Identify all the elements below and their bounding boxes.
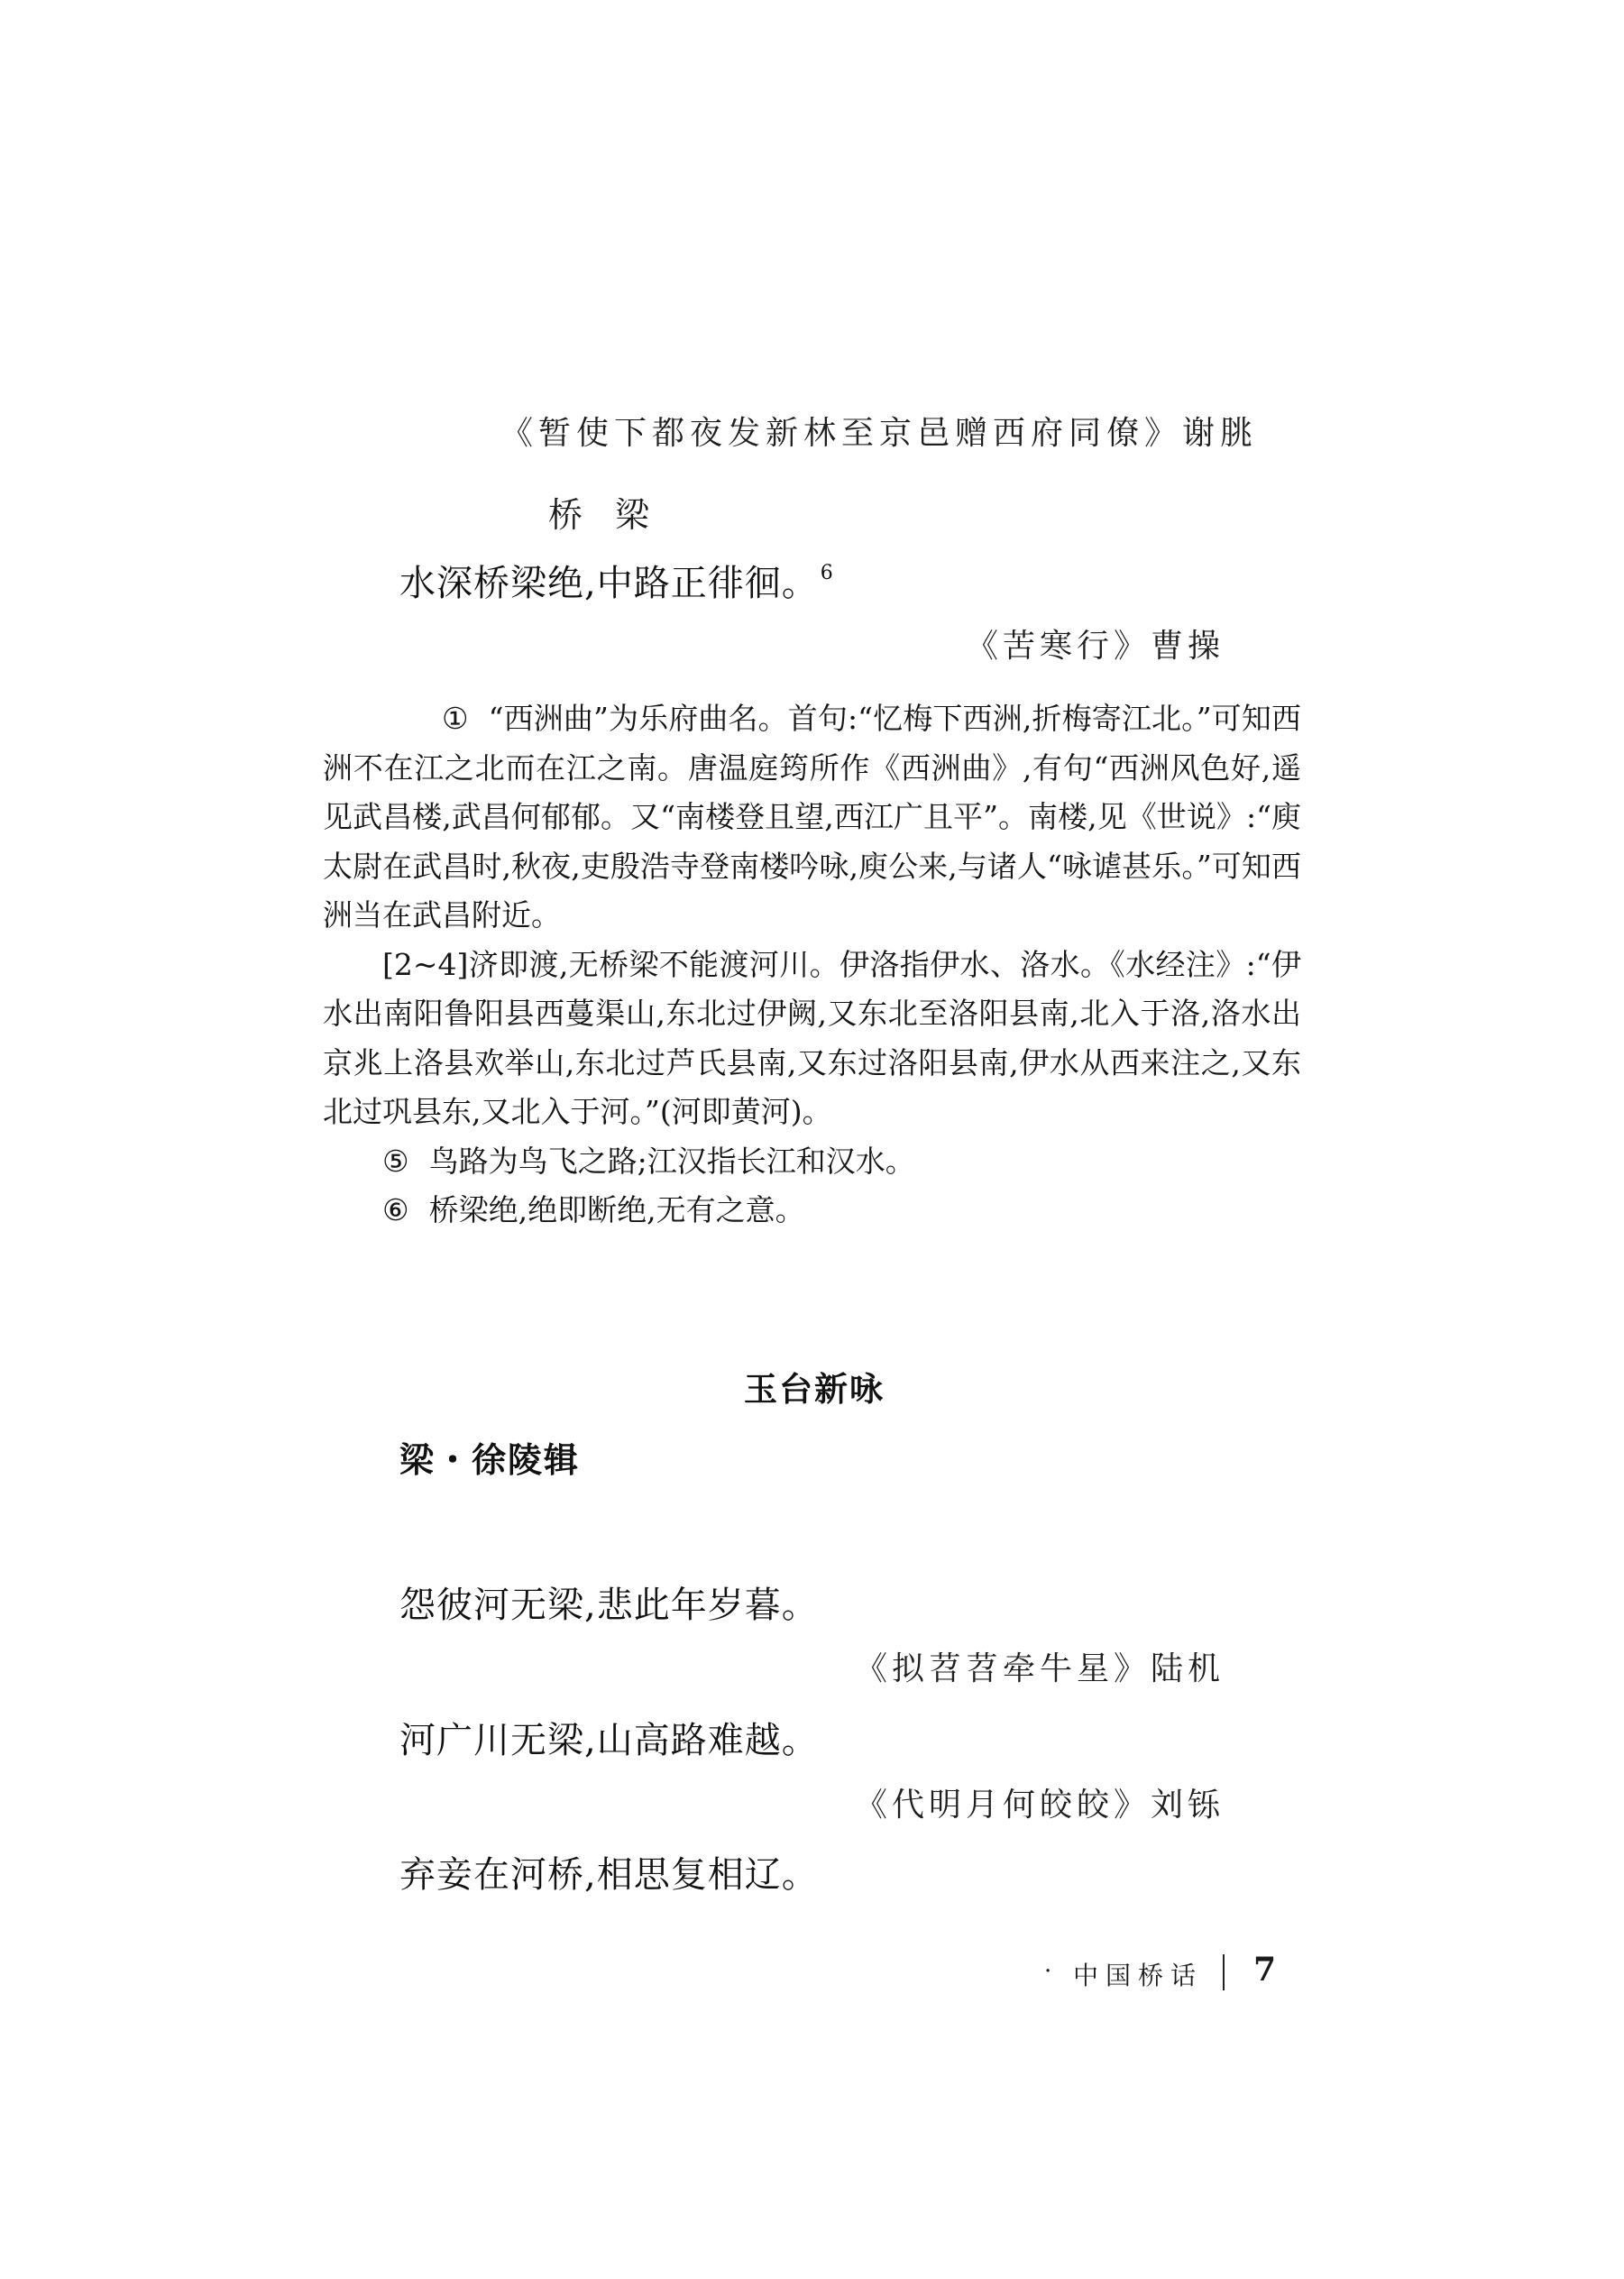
footnote-marker: ①	[382, 694, 469, 744]
section-heading-bridge: 桥梁	[548, 487, 682, 537]
citation-lu-ji: 《拟苕苕牵牛星》陆机	[855, 1643, 1225, 1689]
page-number: 7	[1253, 1951, 1276, 1989]
running-title: 中国桥话	[1073, 1956, 1203, 1992]
bullet-icon: ·	[1044, 1958, 1051, 1985]
verse-line-lu-ji: 怨彼河无梁,悲此年岁暮。	[399, 1576, 819, 1628]
footnote-text: 桥梁绝,绝即断绝,无有之意。	[429, 1192, 805, 1227]
footnote-5: ⑤鸟路为鸟飞之路;江汉指长江和汉水。	[323, 1137, 1301, 1187]
footnotes-block: ①“西洲曲”为乐府曲名。首句:“忆梅下西洲,折梅寄江北。”可知西洲不在江之北而在…	[323, 694, 1301, 1236]
footnote-2-4: [2~4]济即渡,无桥梁不能渡河川。伊洛指伊水、洛水。《水经注》:“伊水出南阳鲁…	[323, 941, 1301, 1137]
collection-title: 玉台新咏	[744, 1362, 885, 1411]
footnote-ref: 6	[821, 562, 834, 584]
verse-text: 水深桥梁绝,中路正徘徊。	[399, 563, 819, 604]
footnote-marker: ⑥	[382, 1186, 409, 1236]
footnote-text: “西洲曲”为乐府曲名。首句:“忆梅下西洲,折梅寄江北。”可知西洲不在江之北而在江…	[323, 701, 1301, 933]
verse-line-1: 水深桥梁绝,中路正徘徊。6	[399, 555, 834, 606]
footnote-marker: ⑤	[382, 1137, 409, 1187]
verse-line-3: 弃妾在河桥,相思复相辽。	[399, 1846, 819, 1898]
footnote-marker: [2~4]	[382, 947, 468, 982]
collection-editor: 梁・徐陵辑	[399, 1432, 580, 1482]
page-footer: · 中国桥话 7	[1037, 1953, 1326, 2007]
footnote-1: ①“西洲曲”为乐府曲名。首句:“忆梅下西洲,折梅寄江北。”可知西洲不在江之北而在…	[323, 694, 1301, 941]
citation-cao-cao: 《苦寒行》曹操	[966, 620, 1225, 666]
footer-divider	[1223, 1954, 1225, 1990]
footnote-text: 鸟路为鸟飞之路;江汉指长江和汉水。	[429, 1144, 915, 1179]
verse-line-liu-shuo: 河广川无梁,山高路难越。	[399, 1712, 819, 1763]
citation-liu-shuo: 《代明月何皎皎》刘铄	[855, 1779, 1225, 1825]
citation-xie-tiao: 《暂使下都夜发新林至京邑赠西府同僚》谢朓	[500, 408, 1258, 454]
footnote-text: 济即渡,无桥梁不能渡河川。伊洛指伊水、洛水。《水经注》:“伊水出南阳鲁阳县西蔓渠…	[323, 947, 1301, 1130]
footnote-6: ⑥桥梁绝,绝即断绝,无有之意。	[323, 1186, 1301, 1236]
